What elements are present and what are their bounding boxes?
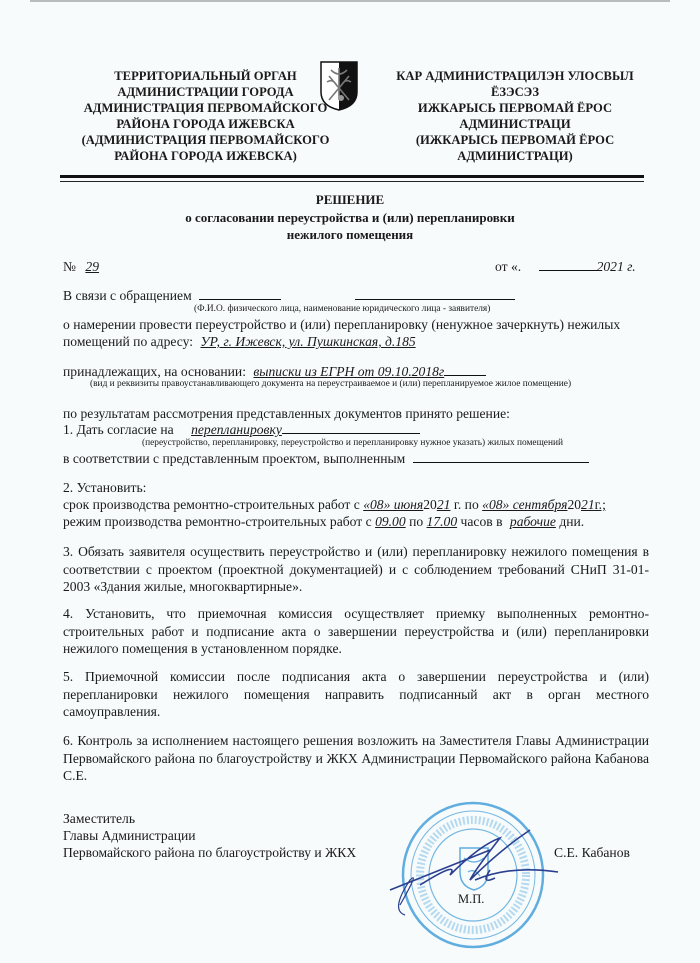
signatory-title-line: Первомайского района по благоустройству … — [63, 844, 356, 861]
address-row: помещений по адресу: УР, г. Ижевск, ул. … — [63, 333, 416, 350]
term-from-year: 20 — [423, 497, 437, 512]
basis-hint: (вид и реквизиты правоустанавливающего д… — [90, 378, 571, 390]
applicant-label: В связи с обращением — [63, 288, 192, 303]
address-value: УР, г. Ижевск, ул. Пушкинская, д.185 — [200, 334, 415, 349]
number-label: № — [63, 259, 76, 274]
date-blank — [539, 258, 597, 271]
issuer-line: ТЕРРИТОРИАЛЬНЫЙ ОРГАН — [78, 68, 333, 84]
date-prefix: от «. — [495, 259, 521, 274]
document-subtitle: нежилого помещения — [0, 227, 700, 243]
basis-blank — [444, 363, 486, 376]
project-label: в соответствии с представленным проектом… — [63, 451, 405, 466]
project-blank — [413, 450, 589, 463]
paragraph-4: 4. Установить, что приемочная комиссия о… — [63, 605, 649, 658]
issuer-line: (ИЖКАРЫСЬ ПЕРВОМАЙ ЁРОС — [395, 132, 635, 148]
issuer-name-russian: ТЕРРИТОРИАЛЬНЫЙ ОРГАН АДМИНИСТРАЦИИ ГОРО… — [78, 68, 333, 164]
applicant-row: В связи с обращением — [63, 287, 515, 304]
item2-heading: 2. Установить: — [63, 479, 146, 496]
applicant-blank — [199, 287, 281, 300]
page-edge — [30, 0, 670, 2]
issuer-name-udmurt: КАР АДМИНИСТРАЦИЛЭН УЛОСВЫЛ ЁЗЭСЭЗ ИЖКАР… — [395, 68, 635, 164]
document-date: от «. 2021 г. — [495, 258, 636, 275]
issuer-line: АДМИНИСТРАЦИЯ ПЕРВОМАЙСКОГО — [78, 100, 333, 116]
basis-value: выписки из ЕГРН от 09.10.2018г — [253, 364, 444, 379]
term-suffix: г.; — [595, 497, 606, 512]
issuer-line: КАР АДМИНИСТРАЦИЛЭН УЛОСВЫЛ — [395, 68, 635, 84]
issuer-line: РАЙОНА ГОРОДА ИЖЕВСКА — [78, 116, 333, 132]
consent-value: перепланировку — [191, 422, 282, 437]
applicant-hint: (Ф.И.О. физического лица, наименование ю… — [194, 303, 490, 315]
document-number: № 29 — [63, 258, 99, 275]
issuer-line: АДМИНИСТРАЦИ) — [395, 148, 635, 164]
issuer-line: АДМИНИСТРАЦИ — [395, 116, 635, 132]
signatory-title-line: Главы Администрации — [63, 827, 196, 844]
document-subtitle: о согласовании переустройства и (или) пе… — [0, 210, 700, 226]
work-term-row: срок производства ремонтно-строительных … — [63, 496, 606, 513]
mode-hours: часов в — [461, 514, 503, 529]
term-to-year: 20 — [567, 497, 581, 512]
consent-blank — [282, 421, 420, 434]
header-divider-thin — [60, 181, 644, 182]
consent-label: 1. Дать согласие на — [63, 422, 174, 437]
paragraph-3: 3. Обязать заявителя осуществить переуст… — [63, 543, 649, 596]
term-from-year-suffix: 21 — [437, 497, 451, 512]
header-divider-thick — [60, 175, 644, 178]
applicant-blank — [355, 287, 515, 300]
term-mid: г. по — [454, 497, 479, 512]
mode-suffix: дни. — [559, 514, 584, 529]
issuer-line: РАЙОНА ГОРОДА ИЖЕВСКА) — [78, 148, 333, 164]
term-prefix: срок производства ремонтно-строительных … — [63, 497, 360, 512]
signatory-title-line: Заместитель — [63, 810, 135, 827]
term-to-year-suffix: 21 — [581, 497, 595, 512]
consent-hint: (переустройство, перепланировку, переуст… — [142, 437, 563, 449]
mode-mid: по — [409, 514, 423, 529]
issuer-line: ЁЗЭСЭЗ — [395, 84, 635, 100]
project-row: в соответствии с представленным проектом… — [63, 450, 589, 467]
coat-of-arms-icon — [319, 60, 359, 112]
document-title: РЕШЕНИЕ — [0, 192, 700, 208]
paragraph-6: 6. Контроль за исполнением настоящего ре… — [63, 732, 649, 785]
mode-days: рабочие — [510, 514, 556, 529]
address-label: помещений по адресу: — [63, 334, 193, 349]
issuer-line: (АДМИНИСТРАЦИЯ ПЕРВОМАЙСКОГО — [78, 132, 333, 148]
mode-prefix: режим производства ремонтно-строительных… — [63, 514, 372, 529]
date-year: 2021 г. — [597, 259, 636, 274]
handwritten-signature-icon — [380, 810, 580, 920]
term-to-date: «08» сентября — [482, 497, 567, 512]
intent-line: о намерении провести переустройство и (и… — [63, 316, 620, 333]
work-mode-row: режим производства ремонтно-строительных… — [63, 513, 584, 530]
issuer-line: АДМИНИСТРАЦИИ ГОРОДА — [78, 84, 333, 100]
mode-from: 09.00 — [375, 514, 406, 529]
decision-intro: по результатам рассмотрения представленн… — [63, 405, 510, 422]
issuer-line: ИЖКАРЫСЬ ПЕРВОМАЙ ЁРОС — [395, 100, 635, 116]
number-value: 29 — [85, 259, 99, 274]
basis-label: принадлежащих, на основании: — [63, 364, 246, 379]
document-page: ТЕРРИТОРИАЛЬНЫЙ ОРГАН АДМИНИСТРАЦИИ ГОРО… — [0, 0, 700, 963]
term-from-date: «08» июня — [363, 497, 423, 512]
consent-row: 1. Дать согласие на перепланировку — [63, 421, 420, 438]
paragraph-5: 5. Приемочной комиссии после подписания … — [63, 668, 649, 721]
mode-to: 17.00 — [427, 514, 458, 529]
